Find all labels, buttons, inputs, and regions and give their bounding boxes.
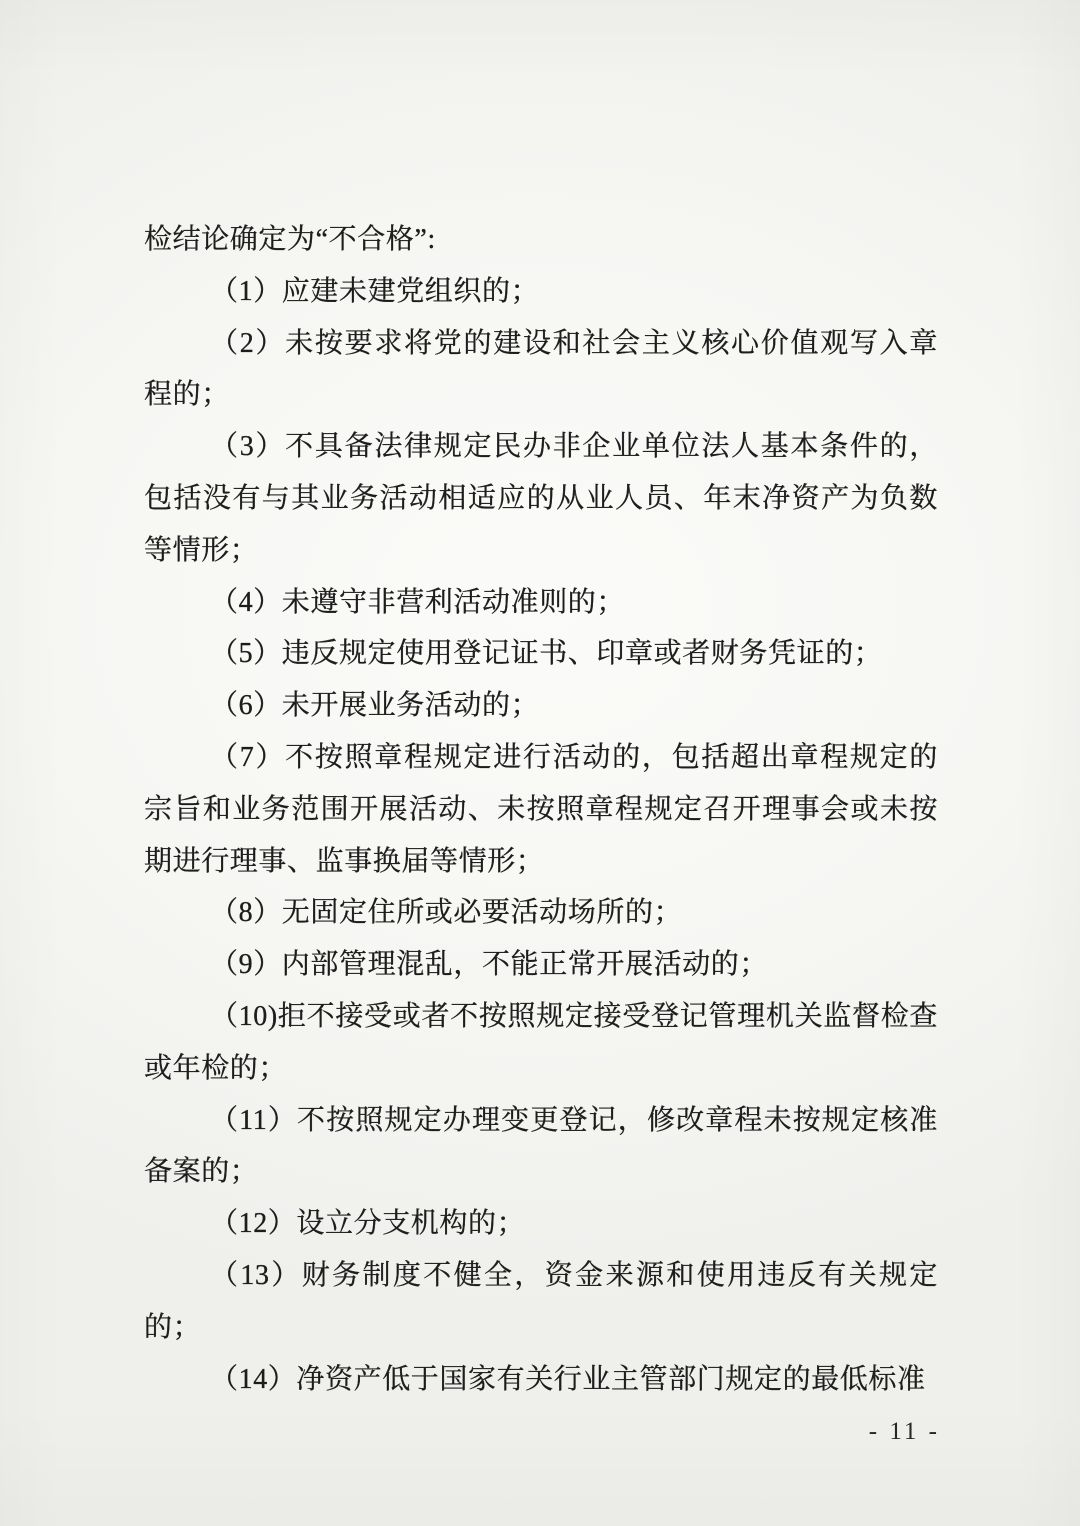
list-item-14: （14）净资产低于国家有关行业主管部门规定的最低标准: [144, 1354, 938, 1406]
list-item-13: （13）财务制度不健全，资金来源和使用违反有关规定的；: [144, 1250, 938, 1354]
list-item-1: （1）应建未建党组织的；: [144, 266, 938, 318]
list-item-5: （5）违反规定使用登记证书、印章或者财务凭证的；: [144, 628, 938, 680]
list-item-6: （6）未开展业务活动的；: [144, 680, 938, 732]
list-item-3: （3）不具备法律规定民办非企业单位法人基本条件的，包括没有与其业务活动相适应的从…: [144, 421, 938, 576]
paragraph-continuation: 检结论确定为“不合格”:: [144, 214, 938, 266]
list-item-10: （10)拒不接受或者不按照规定接受登记管理机关监督检查或年检的；: [144, 991, 938, 1095]
list-item-2: （2）未按要求将党的建设和社会主义核心价值观写入章程的；: [144, 318, 938, 422]
scanned-document-page: 检结论确定为“不合格”: （1）应建未建党组织的； （2）未按要求将党的建设和社…: [0, 0, 1080, 1526]
list-item-4: （4）未遵守非营利活动准则的；: [144, 577, 938, 629]
list-item-8: （8）无固定住所或必要活动场所的；: [144, 887, 938, 939]
list-item-7: （7）不按照章程规定进行活动的，包括超出章程规定的宗旨和业务范围开展活动、未按照…: [144, 732, 938, 887]
list-item-11: （11）不按照规定办理变更登记，修改章程未按规定核准备案的；: [144, 1095, 938, 1199]
document-body-text: 检结论确定为“不合格”: （1）应建未建党组织的； （2）未按要求将党的建设和社…: [144, 214, 938, 1405]
page-number: - 11 -: [869, 1418, 940, 1446]
list-item-12: （12）设立分支机构的；: [144, 1198, 938, 1250]
list-item-9: （9）内部管理混乱，不能正常开展活动的；: [144, 939, 938, 991]
